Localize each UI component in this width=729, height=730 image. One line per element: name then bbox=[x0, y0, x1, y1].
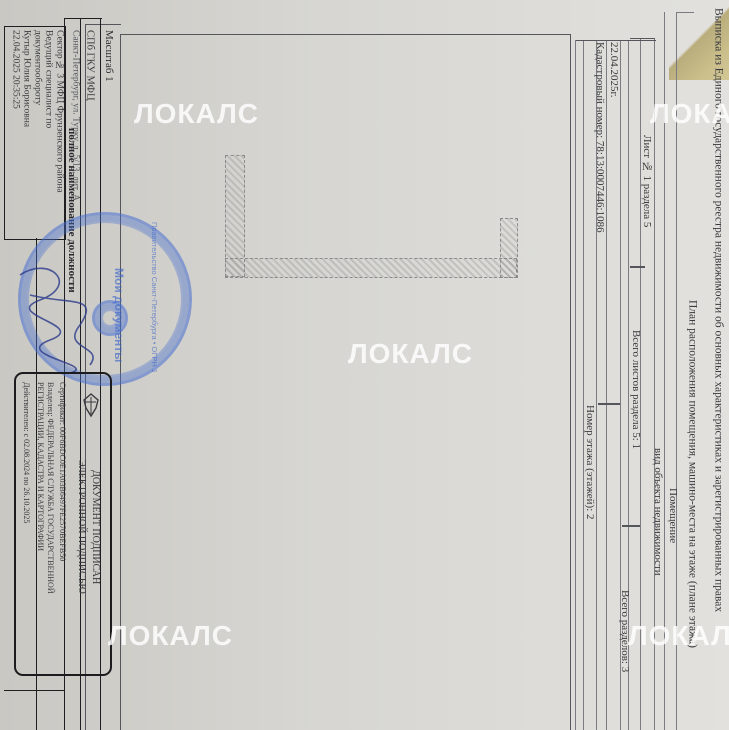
esig-validity: Действителен: с 02.08.2024 по 26.10.2025 bbox=[22, 382, 30, 523]
document-subtitle: План расположения помещения, машино-мест… bbox=[686, 300, 698, 648]
issuer-org: СПб ГКУ МФЦ bbox=[84, 30, 95, 101]
watermark: ЛОКАЛС bbox=[108, 620, 233, 652]
table-line bbox=[576, 40, 656, 41]
issuer-line bbox=[64, 18, 102, 19]
issuer-line-2: Ведущий специалист по bbox=[43, 30, 53, 128]
esig-owner-2: РЕГИСТРАЦИИ, КАДАСТРА И КАРТОГРАФИИ bbox=[36, 382, 44, 551]
table-line bbox=[622, 525, 640, 527]
issuer-line-5: 22.04.2025 20:35:25 bbox=[10, 30, 20, 109]
document-sheet: Выписка из Единого государственного реес… bbox=[0, 0, 729, 730]
issuer-line-4: Кутыр Юлия Борисовна bbox=[21, 30, 31, 127]
esig-title-2: ЭЛЕКТРОННОЙ ПОДПИСЬЮ bbox=[76, 460, 86, 594]
issuer-line-3: документообороту bbox=[32, 30, 42, 105]
scale-label: Масштаб 1 bbox=[103, 30, 114, 82]
sheets-total: Всего листов раздела 5: 1 bbox=[630, 330, 641, 449]
table-line bbox=[606, 40, 607, 730]
watermark: ЛОКАЛС bbox=[628, 620, 729, 652]
table-line bbox=[630, 266, 645, 268]
object-type-label: вид объекта недвижимости bbox=[652, 448, 663, 576]
table-line bbox=[598, 403, 620, 405]
stamp-text: Правительство Санкт-Петербурга • ОГРН 11… bbox=[150, 222, 159, 372]
plan-frame bbox=[120, 34, 570, 35]
esig-certificate: Сертификат: 00F6BDC0E1A03B6497FE2570BEFB… bbox=[58, 382, 66, 561]
watermark: ЛОКАЛС bbox=[348, 338, 473, 370]
cadastral-number: Кадастровый номер: 78:13:0007446:1086 bbox=[594, 42, 605, 233]
watermark: ЛОКАЛС bbox=[650, 98, 729, 130]
coat-of-arms-icon bbox=[78, 392, 104, 418]
table-line bbox=[575, 40, 576, 730]
esig-title-1: ДОКУМЕНТ ПОДПИСАН bbox=[90, 470, 100, 584]
plan-frame bbox=[570, 34, 571, 730]
table-line bbox=[630, 38, 655, 39]
issuer-line bbox=[4, 690, 64, 691]
watermark: ЛОКАЛС bbox=[134, 98, 259, 130]
floor-number: Номер этажа (этажей): 2 bbox=[584, 405, 595, 520]
sheet-number: Лист № 1 раздела 5 bbox=[641, 135, 652, 227]
plan-frame bbox=[85, 24, 121, 25]
esig-owner: Владелец: ФЕДЕРАЛЬНАЯ СЛУЖБА ГОСУДАРСТВЕ… bbox=[46, 382, 54, 594]
table-line bbox=[676, 12, 694, 13]
handwritten-signature bbox=[10, 255, 120, 380]
document-date: 22.04.2025г. bbox=[608, 42, 619, 98]
object-type-value: Помещение bbox=[667, 488, 678, 543]
table-line bbox=[583, 40, 584, 730]
issuer-line-1: Сектор № 3 МФЦ Фрунзенского района bbox=[54, 30, 64, 193]
